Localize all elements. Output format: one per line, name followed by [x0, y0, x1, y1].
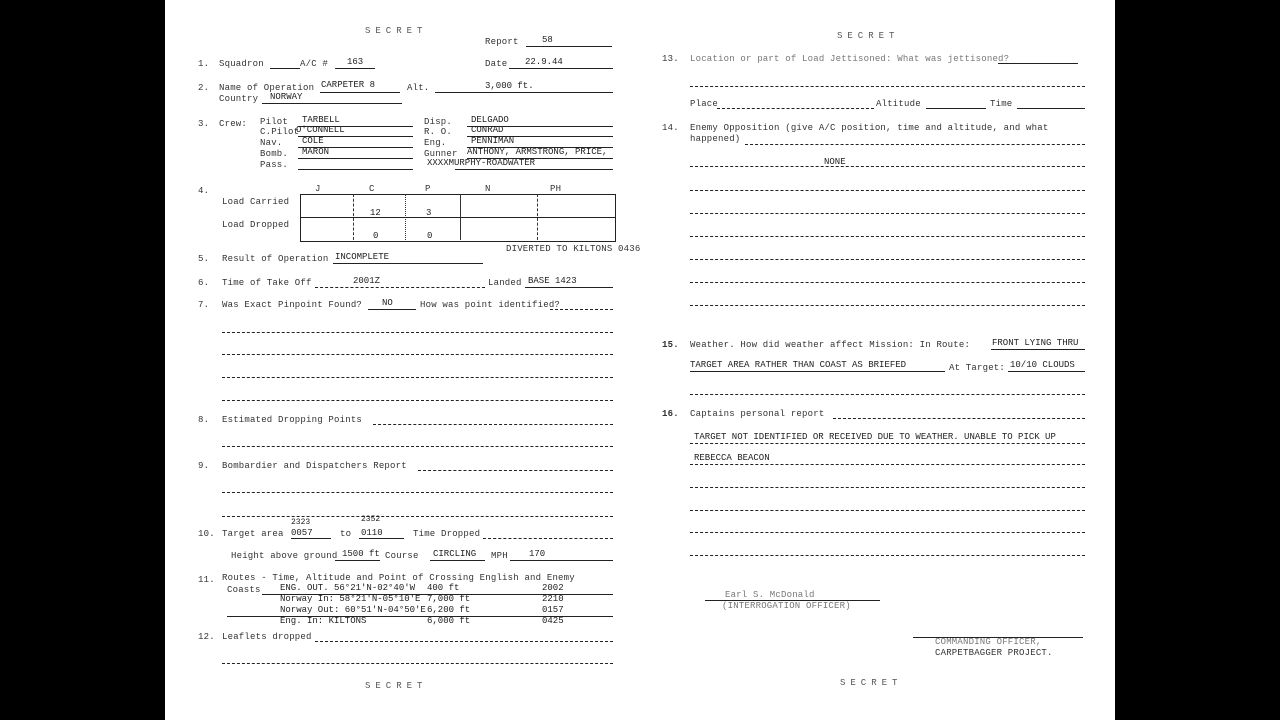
copilot-name: O'CONNELL: [296, 125, 345, 135]
footer-secret-right: SECRET: [840, 678, 902, 688]
date-label: Date: [485, 59, 507, 69]
alt-value: 3,000 ft.: [485, 81, 534, 91]
country-label: Country: [219, 94, 258, 104]
enemy-opposition-label: Enemy Opposition (give A/C position, tim…: [690, 123, 1048, 133]
load-table: [300, 194, 616, 242]
jettisoned-label: Location or part of Load Jettisoned: Wha…: [690, 54, 1009, 64]
dispatcher-name: DELGADO: [471, 115, 509, 125]
squadron-label: Squadron: [219, 59, 264, 69]
bombardier-name: MARON: [302, 147, 329, 157]
takeoff-label: Time of Take Off: [222, 278, 312, 288]
leaflets-label: Leaflets dropped: [222, 632, 312, 642]
coasts-label: Coasts: [227, 585, 261, 595]
navigator-name: COLE: [302, 136, 324, 146]
gunner-names: ANTHONY, ARMSTRONG, PRICE,: [467, 147, 607, 157]
footer-secret-left: SECRET: [365, 681, 427, 691]
takeoff-value: 2001Z: [353, 276, 380, 286]
route-time-3: 0157: [542, 605, 564, 615]
target-to-sup: 2352: [361, 515, 380, 524]
operation-value: CARPETER 8: [321, 80, 375, 90]
interrogation-officer-name: Earl S. McDonald: [725, 590, 815, 600]
col-ph: PH: [550, 184, 561, 194]
route-point-3: Norway Out: 60°51'N-04°50'E: [280, 605, 426, 615]
height-label: Height above ground: [231, 551, 337, 561]
captains-report-line-2: REBECCA BEACON: [694, 453, 770, 463]
captains-report-label: Captains personal report: [690, 409, 824, 419]
diverted-note: DIVERTED TO KILTONS 0436: [506, 244, 640, 254]
at-target-value: 10/10 CLOUDS: [1010, 360, 1075, 370]
altitude-label: Altitude: [876, 99, 921, 109]
time-label: Time: [990, 99, 1012, 109]
route-time-1: 2002: [542, 583, 564, 593]
col-n: N: [485, 184, 491, 194]
col-j: J: [315, 184, 321, 194]
dropped-p: 0: [427, 231, 432, 241]
crew-label: Crew:: [219, 119, 247, 129]
target-to: 0110: [361, 528, 383, 538]
alt-label: Alt.: [407, 83, 429, 93]
course-value: CIRCLING: [433, 549, 476, 559]
mph-value: 170: [529, 549, 545, 559]
route-point-1: ENG. OUT. 56°21'N-02°40'W: [280, 583, 415, 593]
target-area-label: Target area: [222, 529, 284, 539]
pinpoint-label: Was Exact Pinpoint Found?: [222, 300, 362, 310]
route-alt-1: 400 ft: [427, 583, 459, 593]
time-dropped-label: Time Dropped: [413, 529, 480, 539]
target-from: 0057: [291, 528, 313, 538]
mission-report-page: SECRET Report 58 1. Squadron A/C # 163 D…: [165, 0, 1115, 720]
route-alt-4: 6,000 ft: [427, 616, 470, 626]
result-value: INCOMPLETE: [335, 252, 389, 262]
course-label: Course: [385, 551, 419, 561]
weather-label: Weather. How did weather affect Mission:…: [690, 340, 970, 350]
ac-number: 163: [347, 57, 363, 67]
load-dropped-label: Load Dropped: [222, 220, 289, 230]
landed-label: Landed: [488, 278, 522, 288]
col-c: C: [369, 184, 375, 194]
mph-label: MPH: [491, 551, 508, 561]
carried-p: 3: [426, 208, 431, 218]
target-from-sup: 2323: [291, 518, 310, 527]
date-value: 22.9.44: [525, 57, 563, 67]
dropped-c: 0: [373, 231, 378, 241]
commanding-officer-line-2: CARPETBAGGER PROJECT.: [935, 648, 1053, 658]
how-identified-label: How was point identified?: [420, 300, 560, 310]
height-value: 1500 ft: [342, 549, 380, 559]
route-time-4: 0425: [542, 616, 564, 626]
col-p: P: [425, 184, 431, 194]
place-label: Place: [690, 99, 718, 109]
weather-route-value-2: TARGET AREA RATHER THAN COAST AS BRIEFED: [690, 360, 906, 370]
pinpoint-value: NO: [382, 298, 393, 308]
report-label: Report: [485, 37, 519, 47]
result-label: Result of Operation: [222, 254, 328, 264]
engineer-name: PENNIMAN: [471, 136, 514, 146]
bombardier-report-label: Bombardier and Dispatchers Report: [222, 461, 407, 471]
report-number: 58: [542, 35, 553, 45]
carried-c: 12: [370, 208, 381, 218]
route-alt-2: 7,000 ft: [427, 594, 470, 604]
route-alt-3: 6,200 ft: [427, 605, 470, 615]
header-secret-left: SECRET: [365, 26, 427, 36]
route-time-2: 2210: [542, 594, 564, 604]
header-secret-right: SECRET: [837, 31, 899, 41]
pilot-name: TARBELL: [302, 115, 340, 125]
landed-value: BASE 1423: [528, 276, 577, 286]
route-point-2: Norway In: 58°21'N-05°10'E: [280, 594, 420, 604]
captains-report-line-1: TARGET NOT IDENTIFIED OR RECEIVED DUE TO…: [694, 432, 1056, 442]
gunner-names-2: XXXXMURPHY-ROADWATER: [427, 158, 535, 168]
ac-label: A/C #: [300, 59, 328, 69]
route-point-4: Eng. In: KILTONS: [280, 616, 366, 626]
dropping-points-label: Estimated Dropping Points: [222, 415, 362, 425]
radio-operator-name: CONRAD: [471, 125, 503, 135]
commanding-officer-line-1: COMMANDING OFFICER,: [935, 637, 1041, 647]
interrogation-officer-title: (INTERROGATION OFFICER): [722, 601, 851, 611]
routes-label: Routes - Time, Altitude and Point of Cro…: [222, 573, 575, 583]
at-target-label: At Target:: [949, 363, 1005, 373]
weather-route-value: FRONT LYING THRU: [992, 338, 1078, 348]
country-value: NORWAY: [270, 92, 302, 102]
load-carried-label: Load Carried: [222, 197, 289, 207]
